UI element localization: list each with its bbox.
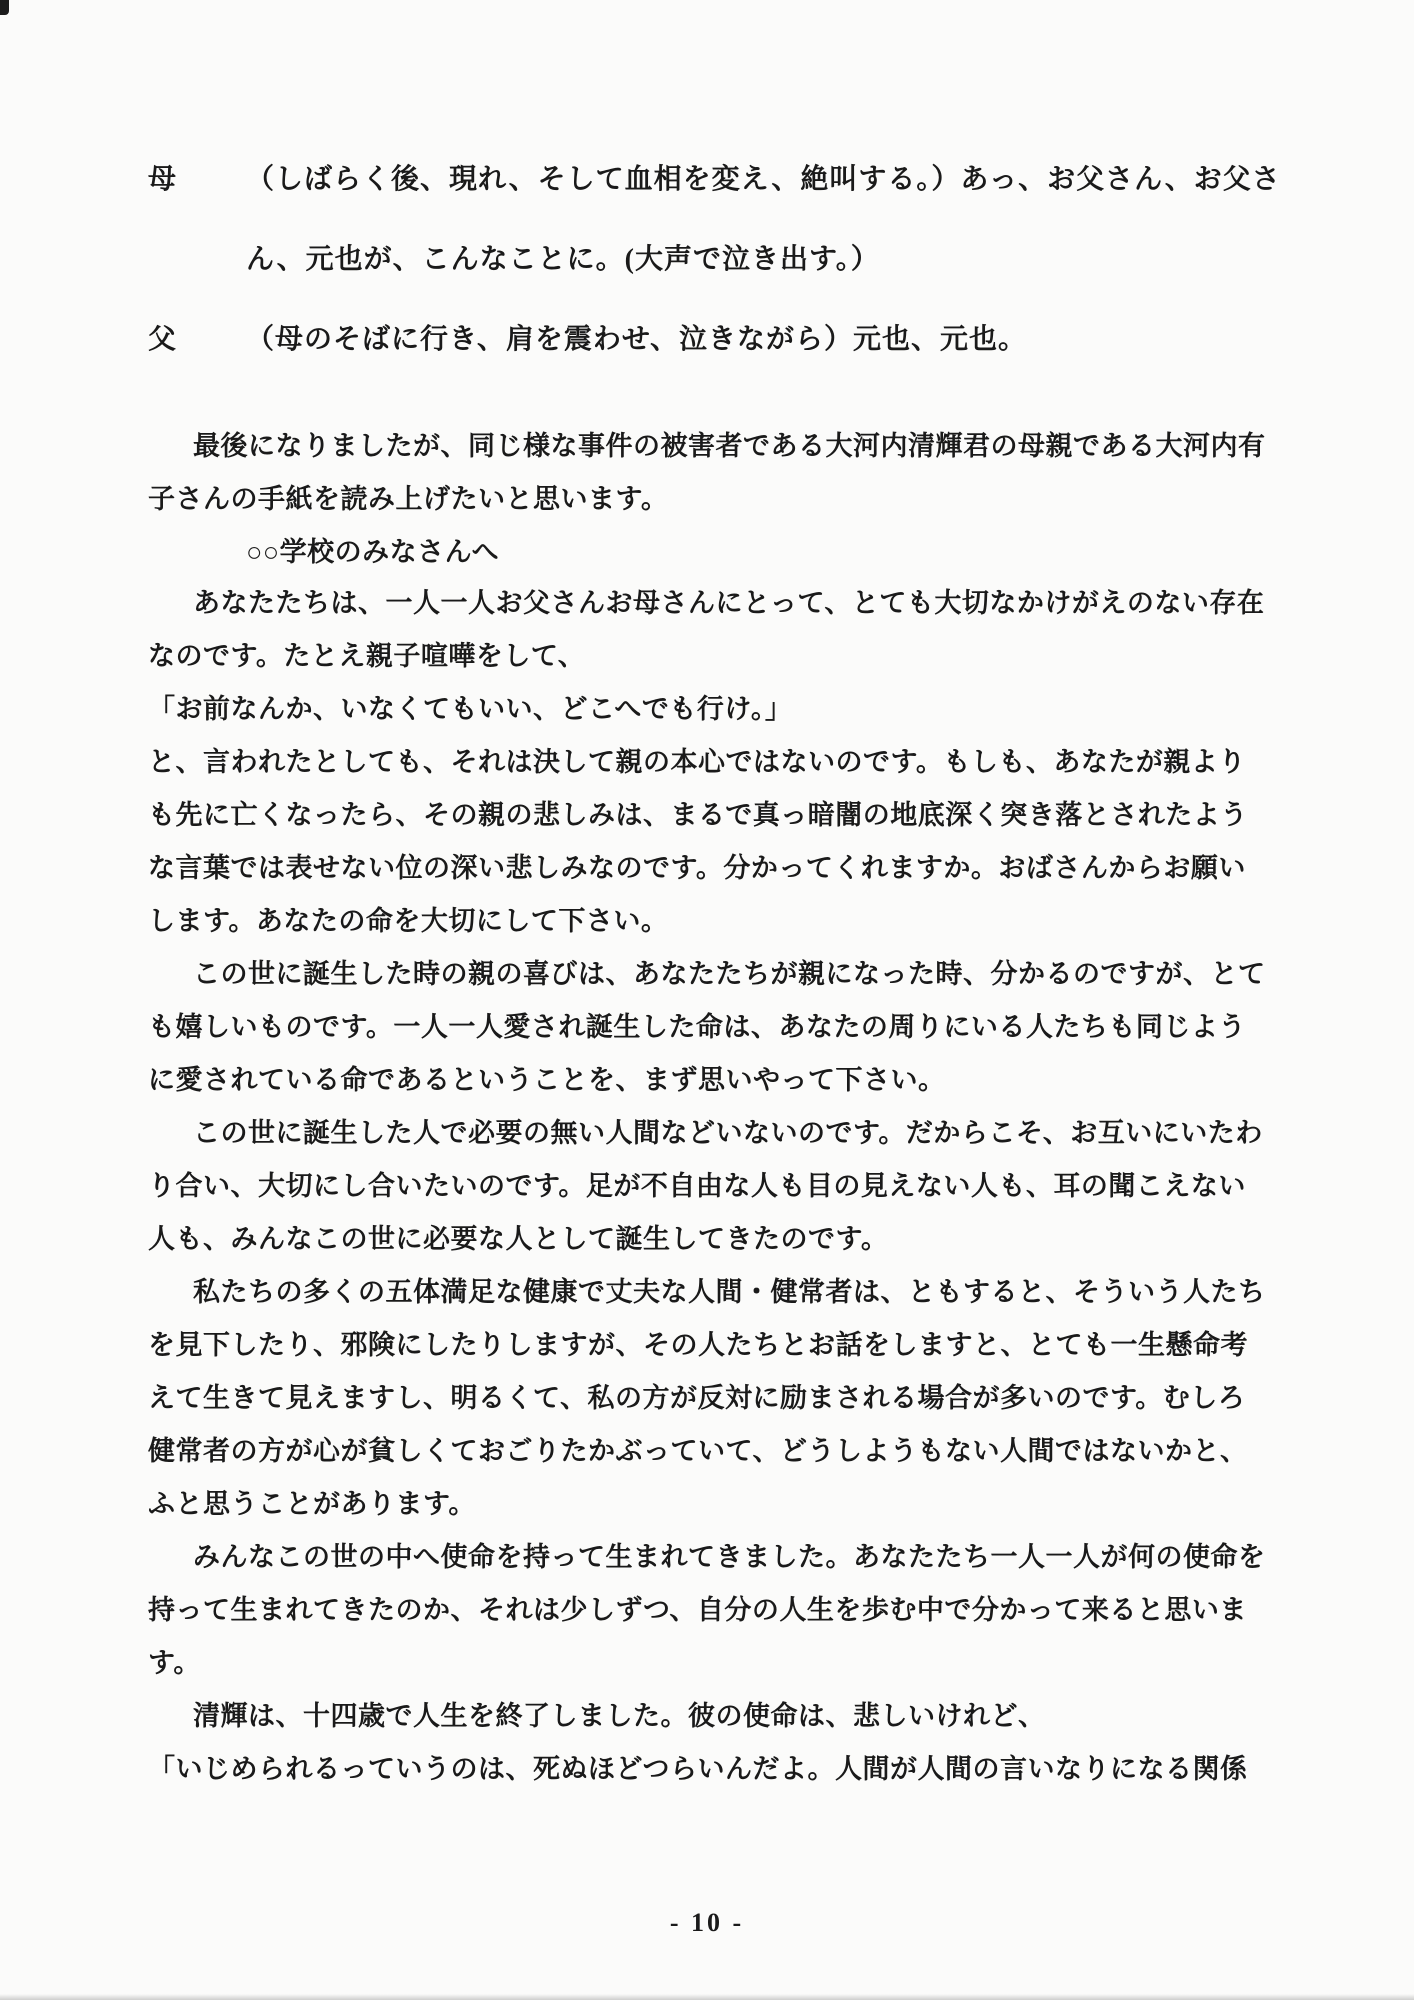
text-line: 「いじめられるっていうのは、死ぬほどつらいんだよ。人間が人間の言いなりになる関係 xyxy=(148,1743,1284,1796)
text-line: り合い、大切にし合いたいのです。足が不自由な人も目の見えない人も、耳の聞こえない xyxy=(148,1160,1284,1213)
text-line: ○○学校のみなさんへ xyxy=(148,526,1284,579)
dialogue-section: 母（しばらく後、現れ、そして血相を変え、絶叫する。）あっ、お父さん、お父さん、元… xyxy=(148,140,1284,380)
text-line: この世に誕生した人で必要の無い人間などいないのです。だからこそ、お互いにいたわ xyxy=(148,1107,1284,1160)
letter-section: あなたたちは、一人一人お父さんお母さんにとって、とても大切なかけがえのない存在な… xyxy=(148,577,1284,1796)
text-line: 人も、みんなこの世に必要な人として誕生してきたのです。 xyxy=(148,1213,1284,1266)
dialogue-row: 母（しばらく後、現れ、そして血相を変え、絶叫する。）あっ、お父さん、お父さん、元… xyxy=(148,140,1284,300)
text-line: あなたたちは、一人一人お父さんお母さんにとって、とても大切なかけがえのない存在 xyxy=(148,577,1284,630)
text-line: 清輝は、十四歳で人生を終了しました。彼の使命は、悲しいけれど、 xyxy=(148,1690,1284,1743)
scan-artifact-corner xyxy=(0,0,9,15)
text-line: 持って生まれてきたのか、それは少しずつ、自分の人生を歩む中で分かって来ると思いま xyxy=(148,1584,1284,1637)
dialogue-line: ん、元也が、こんなことに。(大声で泣き出す。） xyxy=(246,220,1284,300)
speaker-label: 母 xyxy=(148,140,177,220)
text-line: も嬉しいものです。一人一人愛され誕生した命は、あなたの周りにいる人たちも同じよう xyxy=(148,1001,1284,1054)
text-line: えて生きて見えますし、明るくて、私の方が反対に励まされる場合が多いのです。むしろ xyxy=(148,1372,1284,1425)
text-line: な言葉では表せない位の深い悲しみなのです。分かってくれますか。おばさんからお願い xyxy=(148,842,1284,895)
text-line: も先に亡くなったら、その親の悲しみは、まるで真っ暗闇の地底深く突き落とされたよう xyxy=(148,789,1284,842)
scan-artifact-bottom-edge xyxy=(0,1994,1414,2000)
text-line: 最後になりましたが、同じ様な事件の被害者である大河内清輝君の母親である大河内有 xyxy=(148,420,1284,473)
intro-section: 最後になりましたが、同じ様な事件の被害者である大河内清輝君の母親である大河内有子… xyxy=(148,420,1284,579)
text-line: ふと思うことがあります。 xyxy=(148,1478,1284,1531)
text-line: なのです。たとえ親子喧嘩をして、 xyxy=(148,630,1284,683)
text-line: 「お前なんか、いなくてもいい、どこへでも行け。」 xyxy=(148,683,1284,736)
document-page: 母（しばらく後、現れ、そして血相を変え、絶叫する。）あっ、お父さん、お父さん、元… xyxy=(0,0,1414,2000)
text-line: この世に誕生した時の親の喜びは、あなたたちが親になった時、分かるのですが、とて xyxy=(148,948,1284,1001)
dialogue-row: 父（母のそばに行き、肩を震わせ、泣きながら）元也、元也。 xyxy=(148,300,1284,380)
page-number: - 10 - xyxy=(0,1908,1414,1938)
text-line: 子さんの手紙を読み上げたいと思います。 xyxy=(148,473,1284,526)
text-line: に愛されている命であるということを、まず思いやって下さい。 xyxy=(148,1054,1284,1107)
text-line: みんなこの世の中へ使命を持って生まれてきました。あなたたち一人一人が何の使命を xyxy=(148,1531,1284,1584)
text-line: と、言われたとしても、それは決して親の本心ではないのです。もしも、あなたが親より xyxy=(148,736,1284,789)
text-line: します。あなたの命を大切にして下さい。 xyxy=(148,895,1284,948)
text-line: 健常者の方が心が貧しくておごりたかぶっていて、どうしようもない人間ではないかと、 xyxy=(148,1425,1284,1478)
dialogue-line: （母のそばに行き、肩を震わせ、泣きながら）元也、元也。 xyxy=(246,300,1284,380)
text-line: す。 xyxy=(148,1637,1284,1690)
dialogue-line: （しばらく後、現れ、そして血相を変え、絶叫する。）あっ、お父さん、お父さ xyxy=(246,140,1284,220)
text-line: 私たちの多くの五体満足な健康で丈夫な人間・健常者は、ともすると、そういう人たち xyxy=(148,1266,1284,1319)
speaker-label: 父 xyxy=(148,300,177,380)
text-line: を見下したり、邪険にしたりしますが、その人たちとお話をしますと、とても一生懸命考 xyxy=(148,1319,1284,1372)
